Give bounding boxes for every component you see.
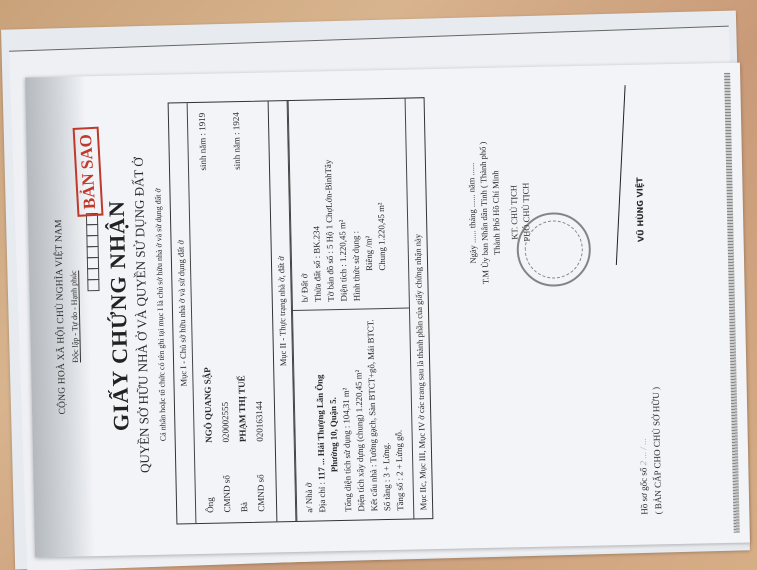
archive-block: Hồ sơ gốc số 2 ... / ... ( BẢN CẤP CHO C… [634,387,665,515]
section-2-columns: a/ Nhà ở Địa chỉ : 117 ... Hải Thượng Lã… [287,99,413,521]
serial-boxes [85,214,99,291]
copy-stamp: BẢN SAO [72,126,103,216]
certificate-sheet: CỘNG HOÀ XÃ HỘI CHỦ NGHĨA VIỆT NAM Độc l… [25,63,750,558]
land-column: b/ Đất ở Thửa đất số : BK.234 Tờ bản đồ … [288,99,408,312]
owner-birth: sinh năm : 1919 [193,113,212,223]
owner-title-label: Bà [234,442,252,512]
id-label: CMND số [251,442,269,512]
owner-title-label: Ông [200,443,218,513]
certificate-note: Cá nhân hoặc tổ chức có tên ghi tại mục … [151,85,170,545]
house-column: a/ Nhà ở Địa chỉ : 117 ... Hải Thượng Lã… [293,309,413,521]
id-label: CMND số [217,442,235,512]
owners-block: Ông NGÔ QUANG SẬP sinh năm : 1919 CMND s… [187,101,277,523]
signature-block: Ngày ...... tháng ...... năm ...... T.M … [463,97,534,328]
owner-birth: sinh năm : 1924 [227,112,246,222]
signer-name: VŨ HÙNG VIỆT [634,135,646,285]
certificate-table: Mục I - Chủ sở hữu nhà ở và sử dụng đất … [167,97,433,524]
copy-for-owner: ( BẢN CẤP CHO CHỦ SỞ HỮU ) [648,387,665,515]
certificate-document: CỘNG HOÀ XÃ HỘI CHỦ NGHĨA VIỆT NAM Độc l… [43,73,732,547]
motto-text: Độc lập - Tự do - Hạnh phúc [69,270,81,363]
signature-stroke [615,85,625,265]
